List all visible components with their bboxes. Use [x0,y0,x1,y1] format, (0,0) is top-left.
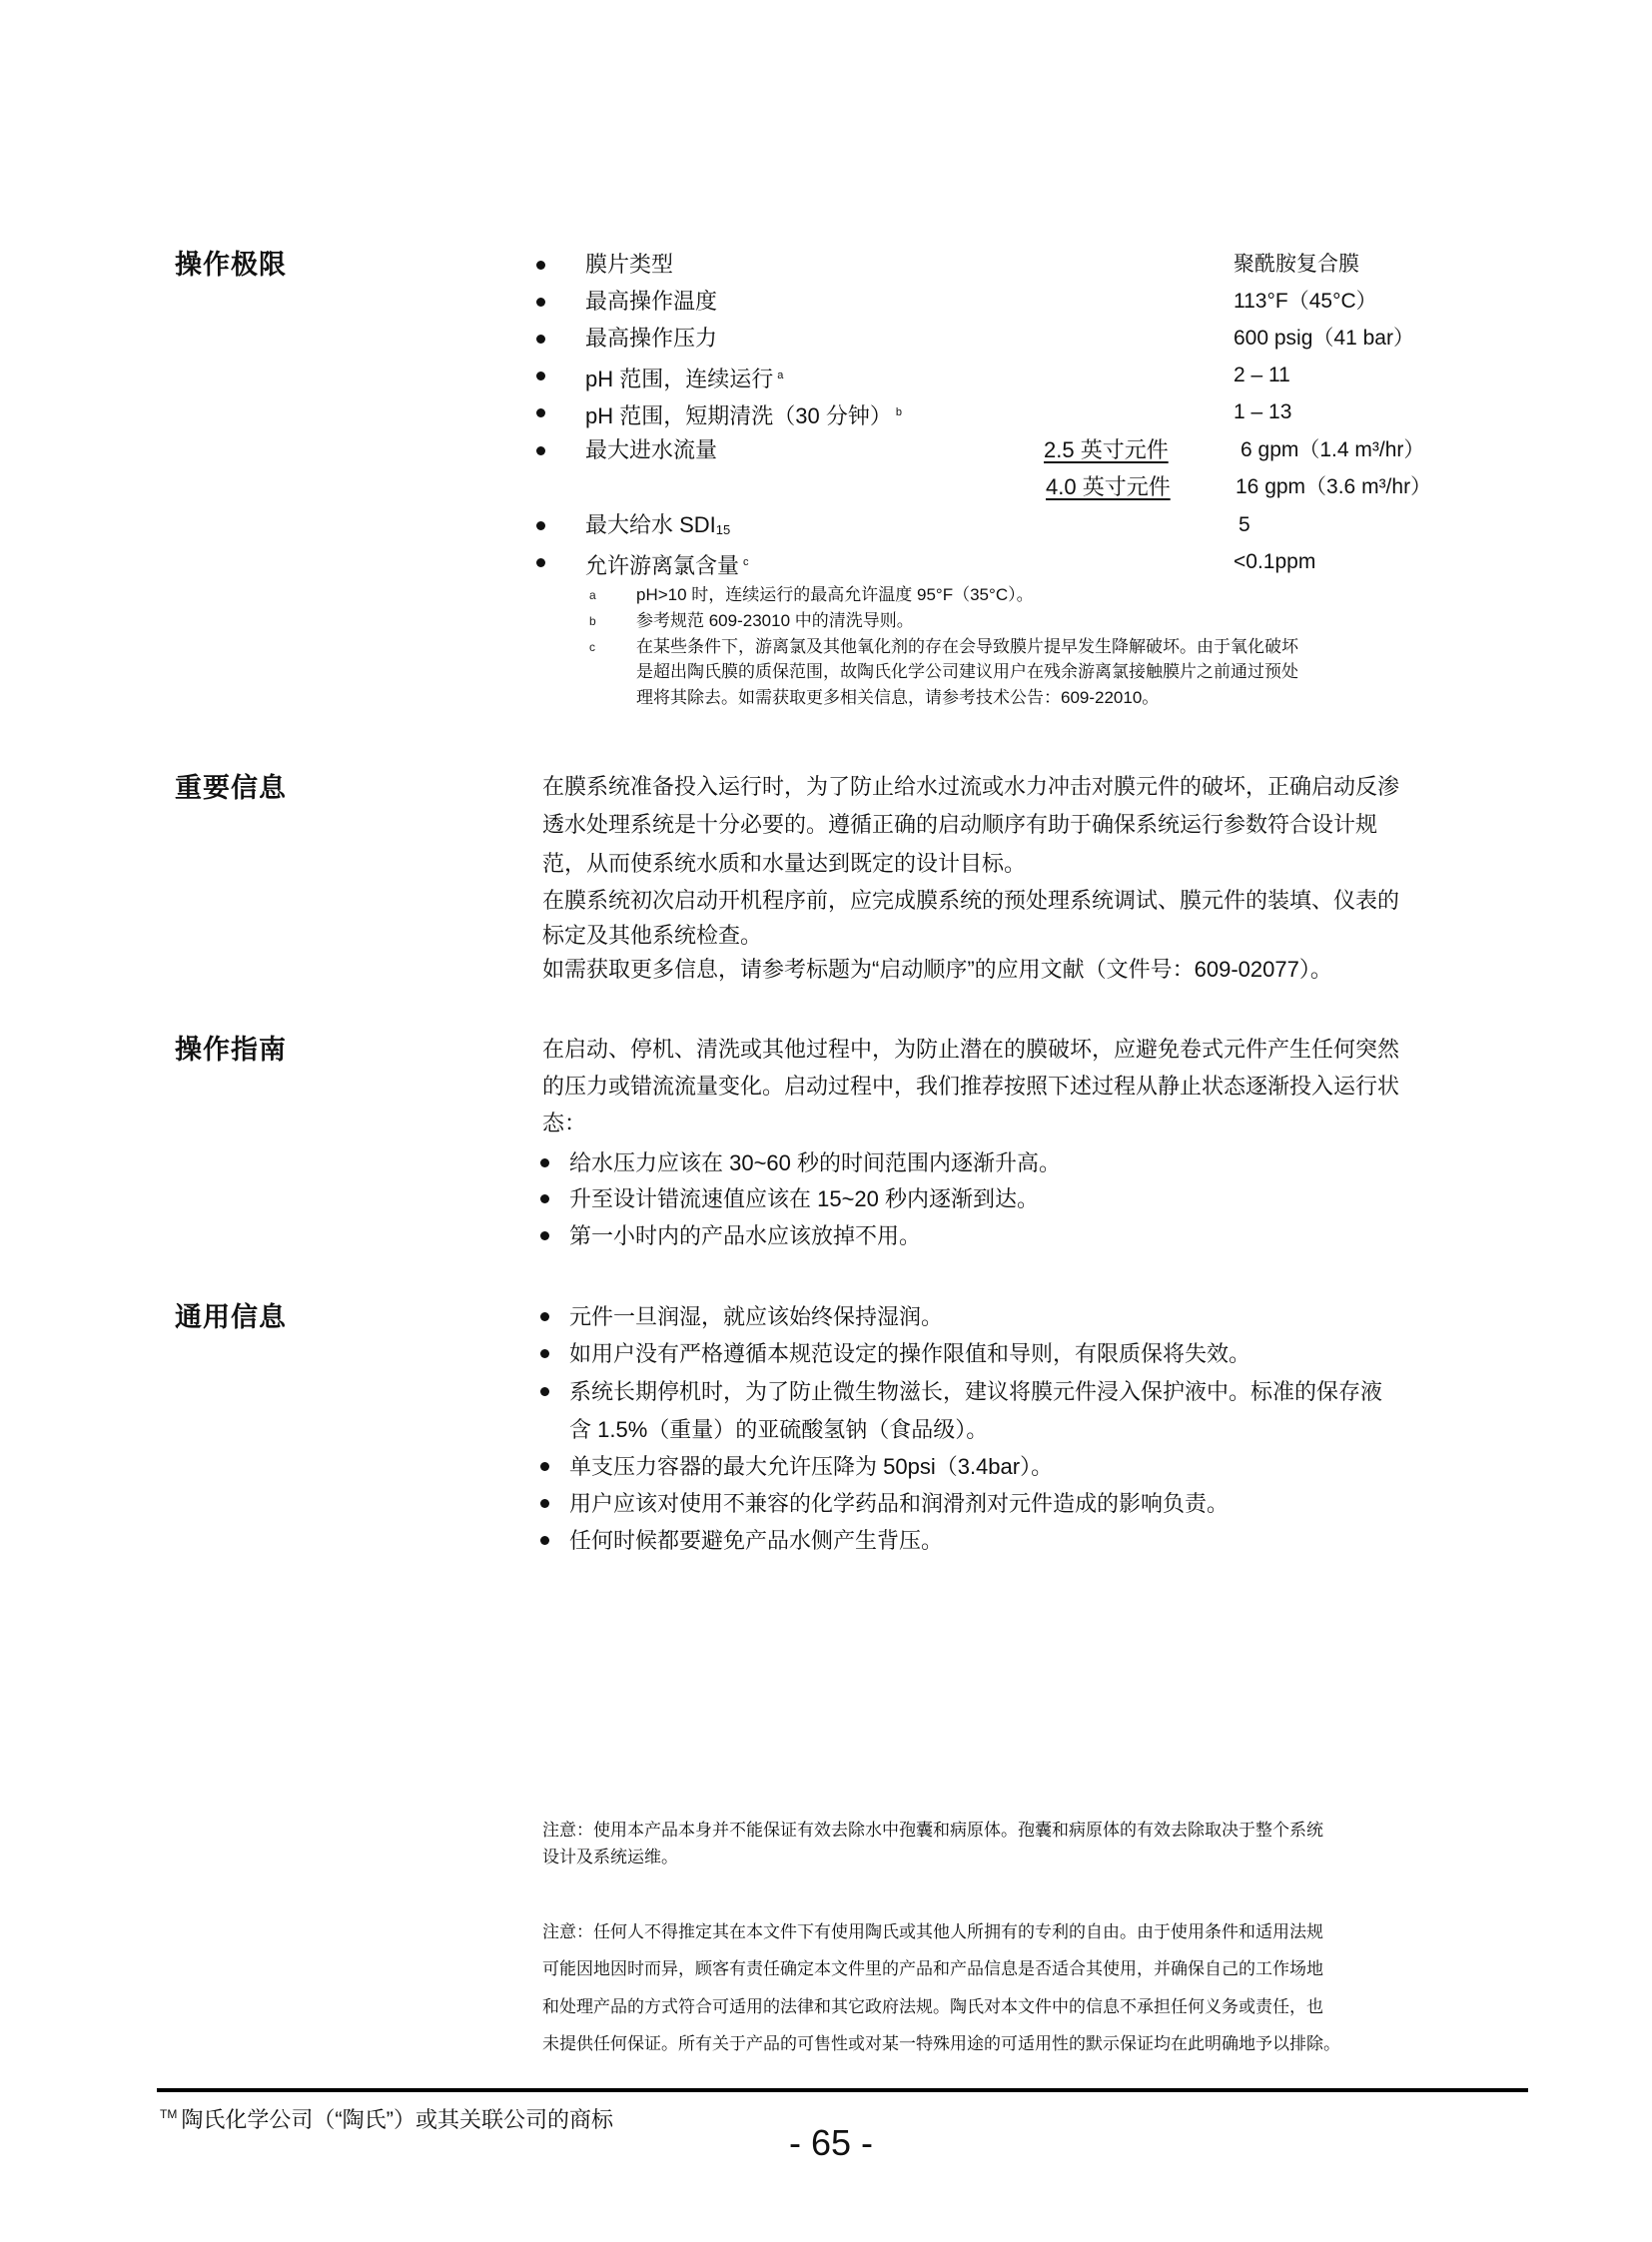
footnote-text: pH>10 时，连续运行的最高允许温度 95°F（35°C）。 [636,584,1034,606]
spec-label: 膜片类型 [585,251,673,279]
paragraph-line: 的压力或错流流量变化。启动过程中，我们推荐按照下述过程从静止状态逐渐投入运行状 [542,1073,1399,1101]
bullet-icon [540,1312,549,1321]
footnote-mark: b [589,610,596,632]
spec-label-text: pH 范围，短期清洗（30 分钟） [585,403,892,428]
bullet-icon [536,446,545,455]
footnote-text: 参考规范 609-23010 中的清洗导则。 [636,610,914,632]
paragraph-line: 在膜系统初次启动开机程序前，应完成膜系统的预处理系统调试、膜元件的装填、仪表的 [542,887,1399,915]
spec-value: 2 – 11 [1234,362,1290,389]
bullet-icon [540,1349,549,1358]
footnote-mark: a [589,584,596,606]
note-line: 可能因地因时而异，顾客有责任确定本文件里的产品和产品信息是否适合其使用，并确保自… [542,1958,1323,1980]
section-heading-operating-guide: 操作指南 [175,1034,287,1066]
bullet-icon [536,261,545,270]
element-size-label: 4.0 英寸元件 [1046,473,1171,501]
spec-value: 1 – 13 [1234,398,1291,426]
section-heading-general-info: 通用信息 [175,1301,287,1333]
bullet-icon [540,1462,549,1471]
subscript: 15 [716,522,730,537]
spec-value: 聚酰胺复合膜 [1234,251,1359,279]
paragraph-line: 范，从而使系统水质和水量达到既定的设计目标。 [542,850,1026,878]
section-heading-operating-limits: 操作极限 [175,249,287,281]
bullet-icon [540,1536,549,1545]
footnote-ref: b [896,406,902,418]
footer-divider [157,2088,1528,2092]
paragraph-line: 在启动、停机、清洗或其他过程中，为防止潜在的膜破坏，应避免卷式元件产生任何突然 [542,1036,1399,1064]
list-item-text: 第一小时内的产品水应该放掉不用。 [569,1222,921,1250]
list-item-text: 任何时候都要避免产品水侧产生背压。 [569,1527,943,1555]
footnote-text: 是超出陶氏膜的质保范围，故陶氏化学公司建议用户在残余游离氯接触膜片之前通过预处 [636,661,1298,683]
list-item-text: 用户应该对使用不兼容的化学药品和润滑剂对元件造成的影响负责。 [569,1490,1229,1518]
list-item-text: 如用户没有严格遵循本规范设定的操作限值和导则，有限质保将失效。 [569,1340,1250,1368]
paragraph-line: 透水处理系统是十分必要的。遵循正确的启动顺序有助于确保系统运行参数符合设计规 [542,811,1377,839]
paragraph-line: 如需获取更多信息，请参考标题为“启动顺序”的应用文献（文件号：609-02077… [542,956,1332,984]
spec-label-text: 允许游离氯含量 [585,553,739,578]
bullet-icon [536,335,545,344]
note-line: 注意：使用本产品本身并不能保证有效去除水中孢囊和病原体。孢囊和病原体的有效去除取… [542,1820,1323,1842]
spec-label: 最大进水流量 [585,436,717,464]
bullet-icon [536,298,545,307]
spec-label-text: 最大给水 SDI [585,512,716,537]
spec-value: 5 [1239,511,1250,539]
page-number: - 65 - [789,2123,873,2163]
paragraph-line: 标定及其他系统检查。 [542,922,762,950]
list-item-text: 升至设计错流速值应该在 15~20 秒内逐渐到达。 [569,1185,1039,1213]
bullet-icon [536,558,545,567]
spec-value: 600 psig（41 bar） [1234,325,1414,353]
bullet-icon [540,1231,549,1240]
spec-value: <0.1ppm [1234,548,1315,576]
footnote-ref: a [777,370,783,381]
list-item-text: 给水压力应该在 30~60 秒的时间范围内逐渐升高。 [569,1149,1061,1177]
trademark-text: 陶氏化学公司（“陶氏”）或其关联公司的商标 [181,2107,613,2132]
spec-label: 最高操作温度 [585,288,717,316]
list-item-text: 系统长期停机时，为了防止微生物滋长，建议将膜元件浸入保护液中。标准的保存液 [569,1378,1382,1406]
spec-label: pH 范围，连续运行a [585,362,783,393]
footnote-mark: c [589,636,595,658]
spec-label: pH 范围，短期清洗（30 分钟）b [585,398,902,430]
section-heading-important-info: 重要信息 [175,772,287,804]
spec-label: 最大给水 SDI15 [585,511,730,544]
list-item-text: 单支压力容器的最大允许压降为 50psi（3.4bar）。 [569,1453,1053,1481]
bullet-icon [540,1194,549,1203]
bullet-icon [540,1499,549,1508]
trademark-symbol: TM [160,2107,177,2121]
note-line: 未提供任何保证。所有关于产品的可售性或对某一特殊用途的可适用性的默示保证均在此明… [542,2033,1340,2055]
note-line: 注意：任何人不得推定其在本文件下有使用陶氏或其他人所拥有的专利的自由。由于使用条… [542,1921,1323,1943]
spec-value: 113°F（45°C） [1234,288,1377,316]
list-item-text: 元件一旦润湿，就应该始终保持湿润。 [569,1303,943,1331]
paragraph-line: 态： [542,1110,586,1137]
paragraph-line: 在膜系统准备投入运行时，为了防止给水过流或水力冲击对膜元件的破坏，正确启动反渗 [542,773,1399,801]
note-line: 和处理产品的方式符合可适用的法律和其它政府法规。陶氏对本文件中的信息不承担任何义… [542,1996,1323,2018]
footnote-ref: c [743,556,749,568]
note-line: 设计及系统运维。 [542,1847,678,1868]
bullet-icon [540,1158,549,1167]
spec-label-text: pH 范围，连续运行 [585,367,773,391]
bullet-icon [540,1387,549,1396]
list-item-text: 含 1.5%（重量）的亚硫酸氢钠（食品级）。 [569,1416,988,1444]
spec-value: 6 gpm（1.4 m³/hr） [1240,436,1424,464]
footnote-text: 在某些条件下，游离氯及其他氧化剂的存在会导致膜片提早发生降解破坏。由于氧化破坏 [636,636,1298,658]
footnote-text: 理将其除去。如需获取更多相关信息，请参考技术公告：609-22010。 [636,687,1159,709]
spec-value: 16 gpm（3.6 m³/hr） [1236,473,1431,501]
bullet-icon [536,521,545,530]
trademark-notice: TM陶氏化学公司（“陶氏”）或其关联公司的商标 [160,2099,613,2135]
spec-label: 允许游离氯含量c [585,548,749,580]
bullet-icon [536,408,545,417]
element-size-label: 2.5 英寸元件 [1044,436,1169,464]
spec-label: 最高操作压力 [585,325,717,353]
bullet-icon [536,372,545,380]
